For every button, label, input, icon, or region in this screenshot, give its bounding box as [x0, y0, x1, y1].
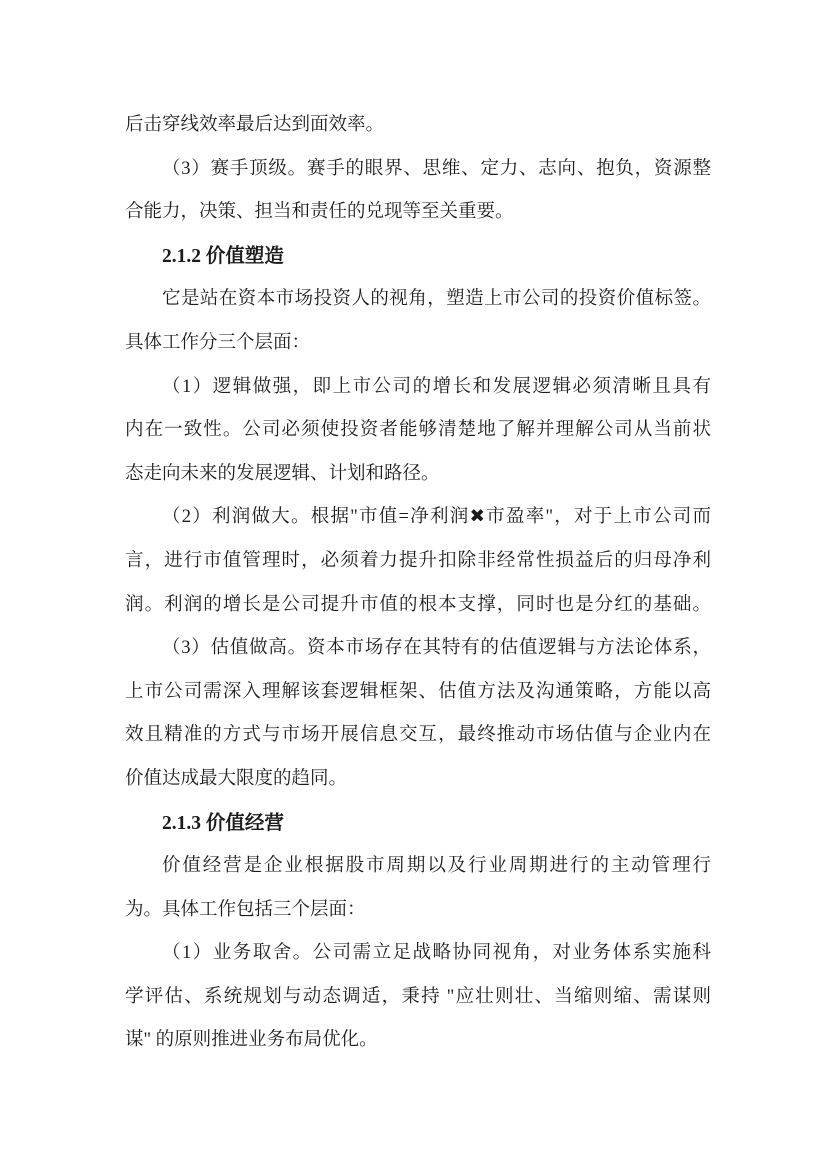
text-line: 具体工作分三个层面：: [125, 322, 711, 366]
text-line: 言，进行市值管理时，必须着力提升扣除非经常性损益后的归母净利: [125, 540, 711, 584]
text-line: （3）赛手顶级。赛手的眼界、思维、定力、志向、抱负，资源整: [125, 148, 711, 192]
text-line: 合能力，决策、担当和责任的兑现等至关重要。: [125, 191, 711, 235]
section-heading: 2.1.3 价值经营: [125, 802, 711, 846]
text-line: （3）估值做高。资本市场存在其特有的估值逻辑与方法论体系，: [125, 627, 711, 671]
text-line: （1）逻辑做强，即上市公司的增长和发展逻辑必须清晰且具有: [125, 366, 711, 410]
document-page: 后击穿线效率最后达到面效率。（3）赛手顶级。赛手的眼界、思维、定力、志向、抱负，…: [0, 0, 827, 1169]
text-line: 态走向未来的发展逻辑、计划和路径。: [125, 453, 711, 497]
text-line: 它是站在资本市场投资人的视角，塑造上市公司的投资价值标签。: [125, 278, 711, 322]
document-body: 后击穿线效率最后达到面效率。（3）赛手顶级。赛手的眼界、思维、定力、志向、抱负，…: [125, 104, 711, 1063]
text-line: 内在一致性。公司必须使投资者能够清楚地了解并理解公司从当前状: [125, 409, 711, 453]
text-line: 学评估、系统规划与动态调适，秉持 "应壮则壮、当缩则缩、需谋则: [125, 976, 711, 1020]
section-heading: 2.1.2 价值塑造: [125, 235, 711, 279]
text-line: 价值经营是企业根据股市周期以及行业周期进行的主动管理行: [125, 845, 711, 889]
text-line: 上市公司需深入理解该套逻辑框架、估值方法及沟通策略，方能以高: [125, 671, 711, 715]
text-line: （1）业务取舍。公司需立足战略协同视角，对业务体系实施科: [125, 932, 711, 976]
text-line: （2）利润做大。根据"市值=净利润✖市盈率"，对于上市公司而: [125, 496, 711, 540]
text-line: 为。具体工作包括三个层面：: [125, 889, 711, 933]
text-line: 润。利润的增长是公司提升市值的根本支撑，同时也是分红的基础。: [125, 584, 711, 628]
text-line: 后击穿线效率最后达到面效率。: [125, 104, 711, 148]
text-line: 谋" 的原则推进业务布局优化。: [125, 1019, 711, 1063]
text-line: 价值达成最大限度的趋同。: [125, 758, 711, 802]
text-line: 效且精准的方式与市场开展信息交互，最终推动市场估值与企业内在: [125, 714, 711, 758]
